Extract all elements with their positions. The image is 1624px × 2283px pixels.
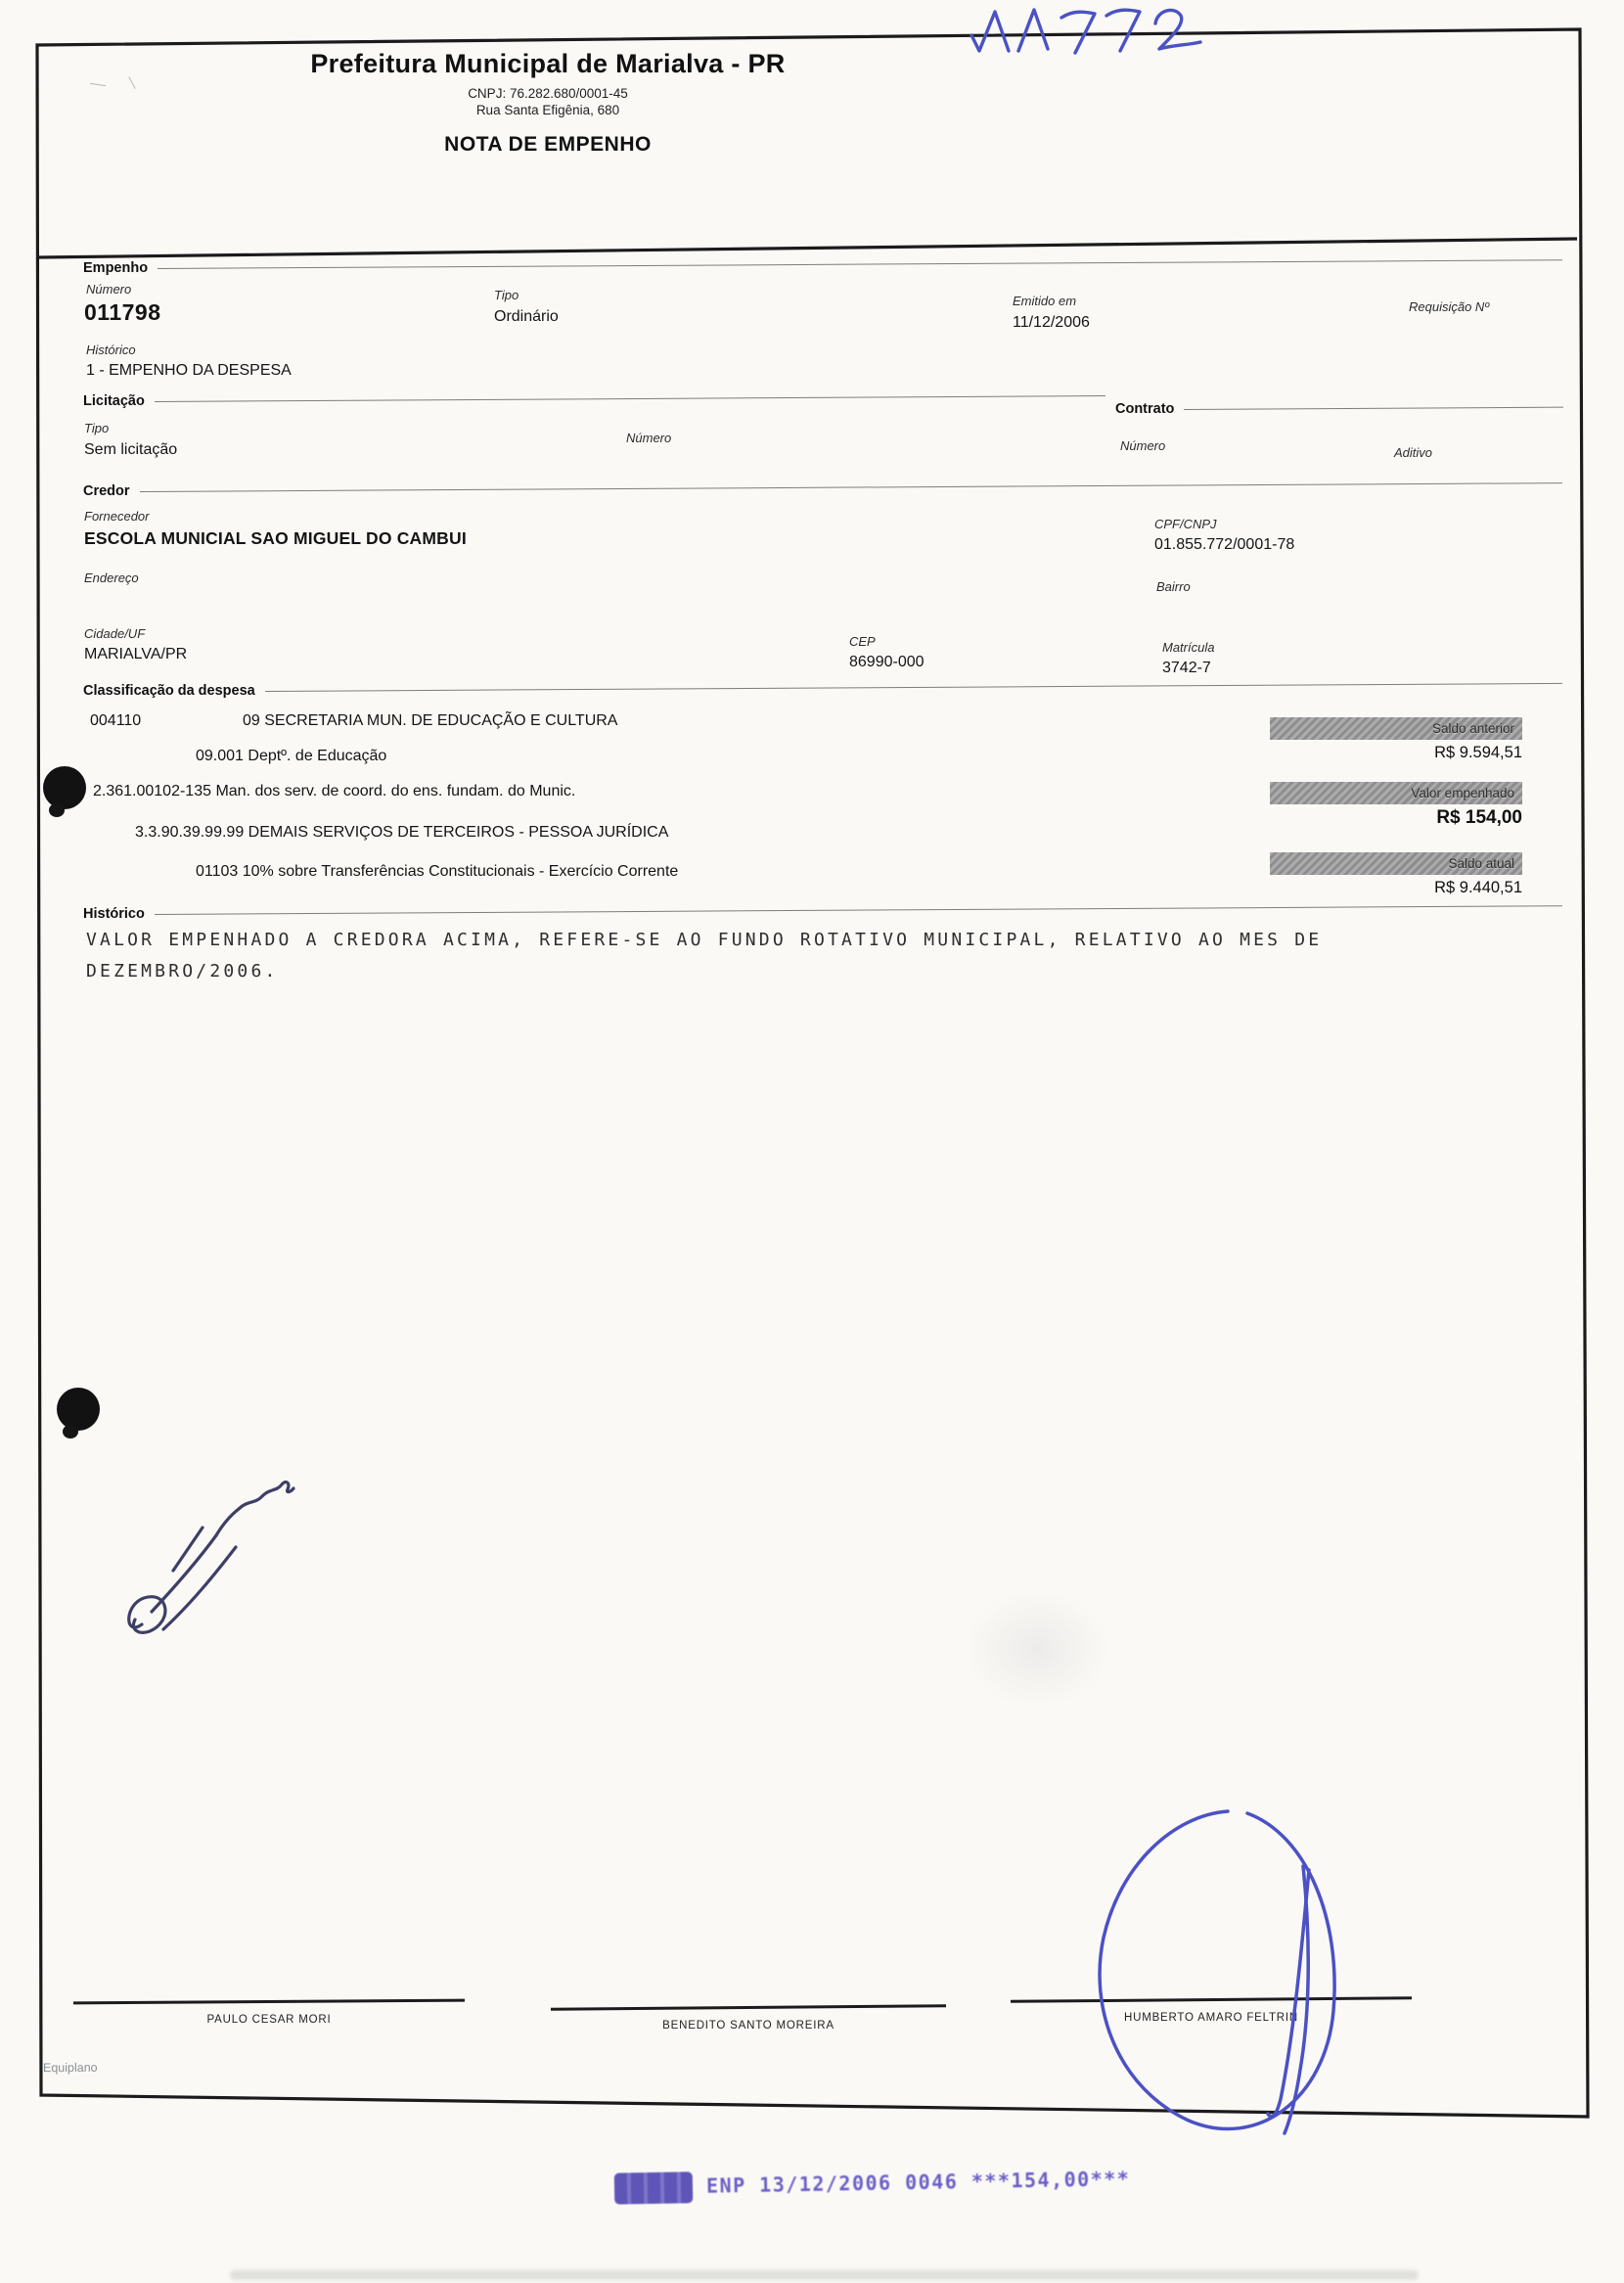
entity-cnpj: CNPJ: 76.282.680/0001-45: [39, 86, 1057, 101]
historico-label: Histórico: [86, 342, 136, 357]
document-title: NOTA DE EMPENHO: [39, 133, 1057, 157]
cidade-uf-value: MARIALVA/PR: [84, 646, 187, 663]
historico-value: 1 - EMPENHO DA DESPESA: [86, 362, 292, 380]
tipo-value: Ordinário: [494, 308, 559, 326]
section-contrato-label: Contrato: [1115, 401, 1174, 417]
cep-label: CEP: [849, 634, 876, 649]
document-header: Prefeitura Municipal de Marialva - PR CN…: [39, 49, 1057, 157]
matricula-label: Matrícula: [1162, 640, 1214, 655]
section-classificacao-label: Classificação da despesa: [83, 683, 255, 699]
hole-punch: [43, 766, 86, 809]
saldo-atual-bar: Saldo atual: [1270, 852, 1522, 875]
funcional-descricao: 2.361.00102-135 Man. dos serv. de coord.…: [93, 783, 575, 800]
section-contrato: Contrato: [1115, 401, 1563, 417]
scanned-document-page: Prefeitura Municipal de Marialva - PR CN…: [0, 0, 1624, 2283]
section-licitacao: Licitação: [83, 393, 1105, 409]
saldo-anterior-bar: Saldo anterior: [1270, 717, 1522, 740]
handwritten-initials-signature: [122, 1463, 298, 1649]
hole-punch: [57, 1388, 100, 1431]
elemento-descricao: 3.3.90.39.99.99 DEMAIS SERVIÇOS DE TERCE…: [135, 824, 668, 842]
fornecedor-value: ESCOLA MUNICIAL SAO MIGUEL DO CAMBUI: [84, 528, 467, 549]
cep-value: 86990-000: [849, 654, 925, 671]
entity-title: Prefeitura Municipal de Marialva - PR: [39, 49, 1057, 79]
fornecedor-label: Fornecedor: [84, 509, 149, 524]
numero-value: 011798: [84, 299, 160, 326]
system-brand: Equiplano: [43, 2061, 98, 2075]
contrato-numero-label: Número: [1120, 438, 1165, 453]
section-licitacao-label: Licitação: [83, 393, 145, 409]
section-empenho: Empenho: [83, 260, 1562, 276]
licitacao-tipo-label: Tipo: [84, 421, 109, 435]
scan-edge-shadow: [230, 2270, 1419, 2280]
historico-texto-linha2: DEZEMBRO/2006.: [86, 961, 279, 982]
saldo-anterior-label: Saldo anterior: [1432, 721, 1514, 736]
licitacao-numero-label: Número: [626, 431, 671, 445]
endereco-label: Endereço: [84, 571, 139, 585]
entity-address: Rua Santa Efigênia, 680: [39, 103, 1057, 117]
saldo-anterior-value: R$ 9.594,51: [1270, 744, 1522, 762]
section-classificacao: Classificação da despesa: [83, 683, 1562, 699]
pen-signature-loop: [1076, 1805, 1370, 2138]
valor-empenhado-bar: Valor empenhado: [1270, 782, 1522, 804]
section-credor-label: Credor: [83, 483, 130, 499]
cpf-cnpj-label: CPF/CNPJ: [1154, 517, 1217, 531]
bairro-label: Bairro: [1156, 579, 1191, 594]
historico-texto-linha1: VALOR EMPENHADO A CREDORA ACIMA, REFERE-…: [86, 930, 1322, 950]
cidade-uf-label: Cidade/UF: [84, 626, 145, 641]
emitido-label: Emitido em: [1013, 294, 1076, 308]
stamp-logo-mark: [614, 2171, 694, 2204]
depto-descricao: 09.001 Deptº. de Educação: [196, 748, 386, 765]
fonte-descricao: 01103 10% sobre Transferências Constituc…: [196, 863, 678, 881]
valor-empenhado-value: R$ 154,00: [1270, 807, 1522, 829]
orgao-descricao: 09 SECRETARIA MUN. DE EDUCAÇÃO E CULTURA: [243, 712, 617, 730]
matricula-value: 3742-7: [1162, 660, 1211, 677]
saldo-atual-label: Saldo atual: [1448, 856, 1514, 871]
section-historico-label: Histórico: [83, 906, 145, 922]
emitido-value: 11/12/2006: [1013, 314, 1090, 332]
saldo-atual-value: R$ 9.440,51: [1270, 879, 1522, 897]
cpf-cnpj-value: 01.855.772/0001-78: [1154, 536, 1294, 554]
tipo-label: Tipo: [494, 288, 519, 302]
scan-smudge: [964, 1590, 1110, 1708]
signature-name: PAULO CESAR MORI: [73, 2014, 465, 2026]
orgao-codigo: 004110: [90, 712, 141, 730]
valor-empenhado-label: Valor empenhado: [1411, 786, 1514, 800]
section-credor: Credor: [83, 483, 1562, 499]
section-historico-texto: Histórico: [83, 906, 1562, 922]
document-frame: [0, 0, 1624, 2283]
numero-label: Número: [86, 282, 131, 297]
section-empenho-label: Empenho: [83, 260, 148, 276]
signature-name: BENEDITO SANTO MOREIRA: [551, 2020, 946, 2032]
requisicao-label: Requisição Nº: [1409, 299, 1489, 314]
licitacao-tipo-value: Sem licitação: [84, 441, 177, 459]
contrato-aditivo-label: Aditivo: [1394, 445, 1432, 460]
